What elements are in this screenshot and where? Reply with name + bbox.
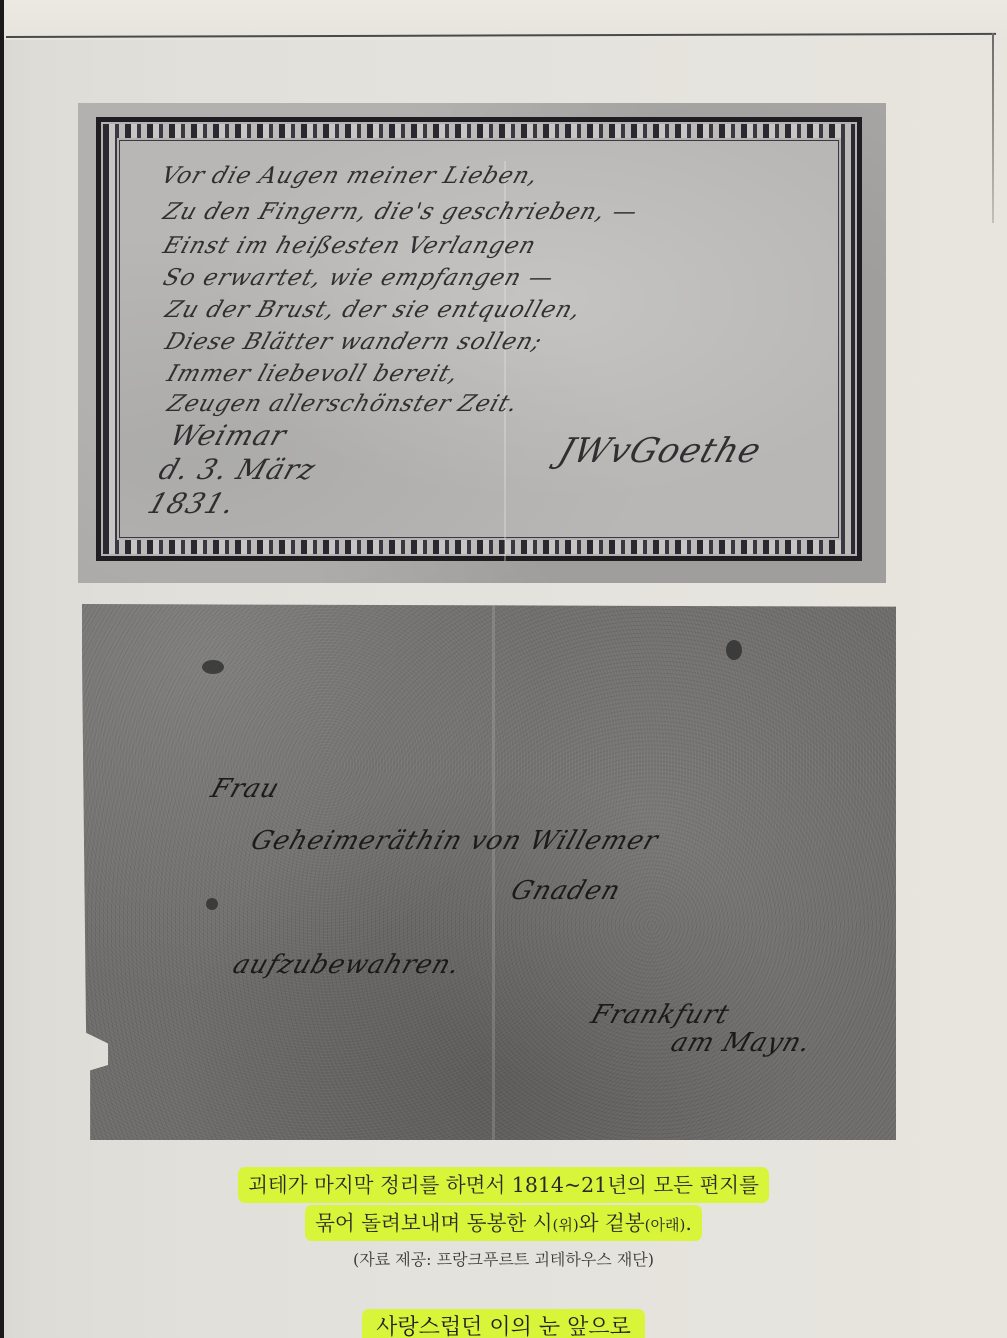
body-text-heading: 사랑스럽던 이의 눈 앞으로 bbox=[0, 1310, 1007, 1338]
ornamental-frame: Vor die Augen meiner Lieben, Zu den Fing… bbox=[96, 117, 862, 561]
figure-caption-line-1: 괴테가 마지막 정리를 하면서 1814~21년의 모든 편지를 bbox=[0, 1168, 1007, 1198]
poem-line: Zu der Brust, der sie entquollen, bbox=[162, 297, 585, 323]
poem-manuscript-image: Vor die Augen meiner Lieben, Zu den Fing… bbox=[78, 103, 886, 583]
stain-spot bbox=[726, 640, 742, 660]
page-right-rule bbox=[992, 33, 994, 223]
caption-text: 묶어 돌려보내며 동봉한 시 bbox=[315, 1211, 552, 1235]
stain-spot bbox=[202, 660, 224, 674]
address-line: Geheimeräthin von Willemer bbox=[247, 826, 662, 856]
highlighted-text: 사랑스럽던 이의 눈 앞으로 bbox=[366, 1313, 641, 1338]
signature: JWvGoethe bbox=[554, 431, 767, 471]
place-date: Weimar d. 3. März 1831. bbox=[143, 419, 331, 521]
poem-line: Zu den Fingern, die's geschrieben, — bbox=[160, 199, 642, 225]
poem-line: Vor die Augen meiner Lieben, bbox=[158, 163, 542, 189]
poem-line: Immer liebevoll bereit, bbox=[164, 361, 462, 387]
manuscript-paper: Vor die Augen meiner Lieben, Zu den Fing… bbox=[120, 141, 838, 537]
stain-spot bbox=[206, 898, 218, 910]
highlighted-text: 묶어 돌려보내며 동봉한 시(위)와 겉봉(아래). bbox=[309, 1209, 698, 1237]
address-line: am Mayn. bbox=[667, 1028, 815, 1058]
highlighted-text: 괴테가 마지막 정리를 하면서 1814~21년의 모든 편지를 bbox=[242, 1171, 765, 1199]
caption-text: 와 겉봉 bbox=[579, 1211, 645, 1235]
address-line: Frau bbox=[207, 774, 283, 804]
poem-line: Zeugen allerschönster Zeit. bbox=[164, 391, 522, 417]
figure-credit: (자료 제공: 프랑크푸르트 괴테하우스 재단) bbox=[0, 1247, 1007, 1270]
caption-text: (위) bbox=[553, 1216, 579, 1234]
address-line: Frankfurt bbox=[587, 1000, 733, 1030]
address-line: Gnaden bbox=[507, 876, 625, 906]
poem-line: So erwartet, wie empfangen — bbox=[160, 265, 558, 291]
poem-line: Einst im heißesten Verlangen bbox=[160, 233, 540, 259]
envelope-image: Frau Geheimeräthin von Willemer Gnaden a… bbox=[82, 604, 896, 1140]
poem-line: Diese Blätter wandern sollen; bbox=[162, 329, 546, 355]
caption-text: . bbox=[685, 1211, 692, 1235]
envelope-fold-line bbox=[492, 604, 495, 1140]
figure-caption-line-2: 묶어 돌려보내며 동봉한 시(위)와 겉봉(아래). bbox=[0, 1206, 1007, 1236]
caption-text: (아래) bbox=[645, 1216, 686, 1234]
address-line: aufzubewahren. bbox=[229, 950, 464, 980]
